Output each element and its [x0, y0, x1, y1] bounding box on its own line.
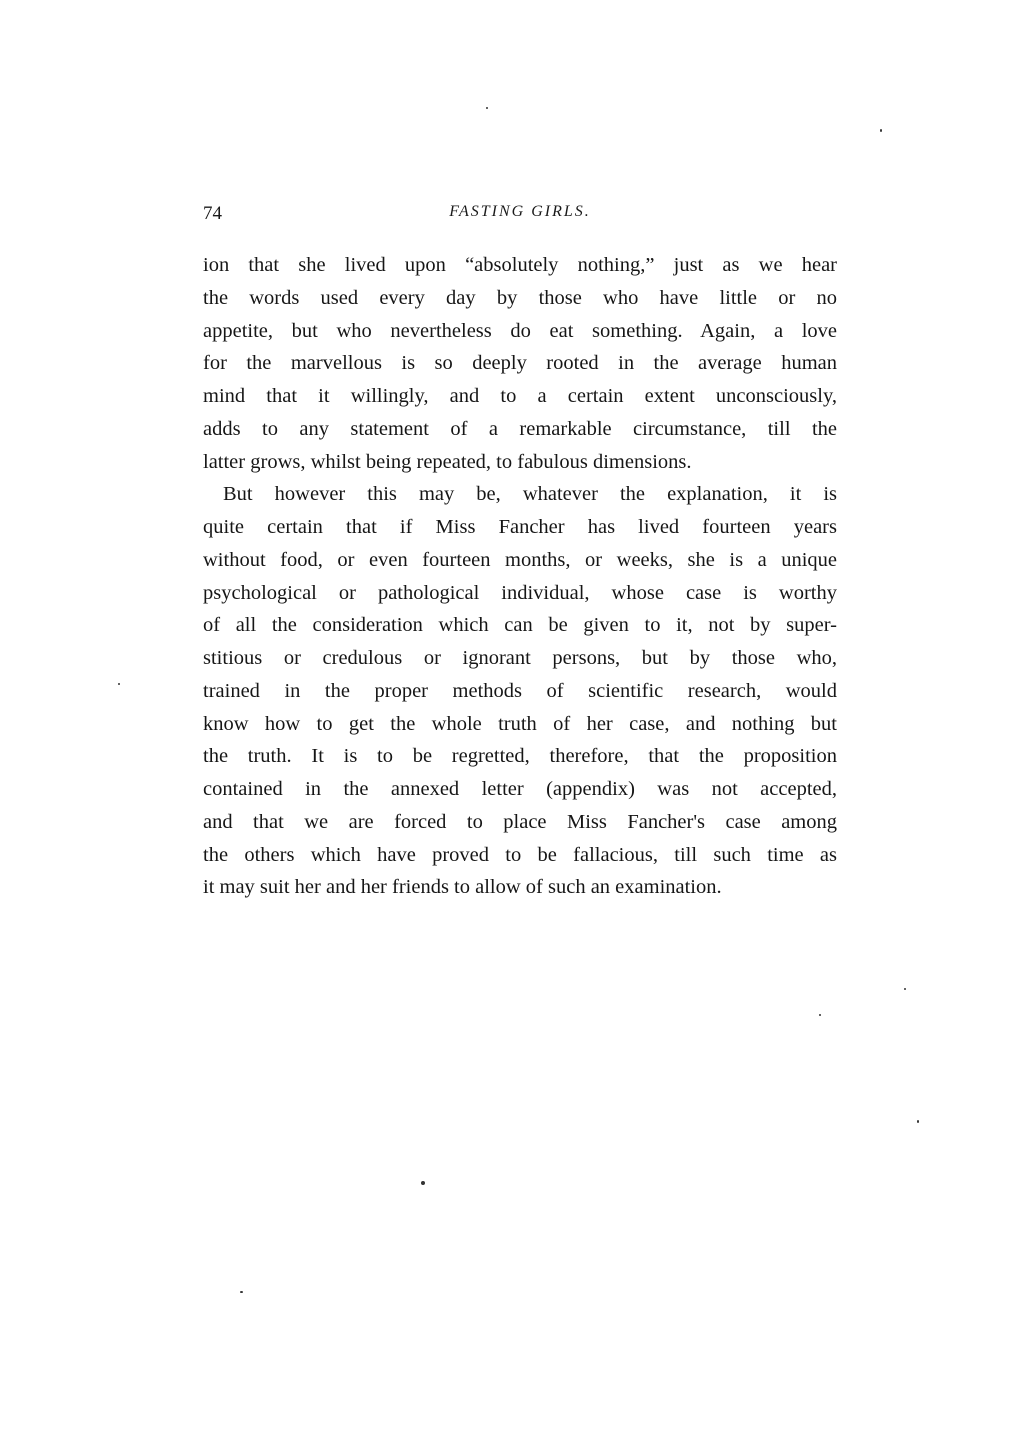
text-line: mind that it willingly, and to a certain… [203, 380, 837, 413]
scan-speck [118, 683, 120, 685]
scan-speck [917, 1120, 919, 1123]
text-line: quite certain that if Miss Fancher has l… [203, 511, 837, 544]
text-line: contained in the annexed letter (appendi… [203, 773, 837, 806]
text-line: the truth. It is to be regretted, theref… [203, 740, 837, 773]
text-line: psychological or pathological individual… [203, 577, 837, 610]
paragraph-2: But however this may be, whatever the ex… [203, 478, 837, 904]
text-line: for the marvellous is so deeply rooted i… [203, 347, 837, 380]
scan-speck [880, 129, 882, 132]
text-line: stitious or credulous or ignorant person… [203, 642, 837, 675]
text-line: the others which have proved to be falla… [203, 839, 837, 872]
text-line: appetite, but who nevertheless do eat so… [203, 315, 837, 348]
text-line: trained in the proper methods of scienti… [203, 675, 837, 708]
body-text: ion that she lived upon “absolutely noth… [203, 249, 837, 904]
text-line: without food, or even fourteen months, o… [203, 544, 837, 577]
text-line: latter grows, whilst being repeated, to … [203, 446, 837, 479]
scan-speck [421, 1181, 425, 1185]
scan-speck [486, 107, 488, 109]
text-line: it may suit her and her friends to allow… [203, 871, 837, 904]
book-page: 74 FASTING GIRLS. ion that she lived upo… [0, 0, 1025, 1429]
text-line: the words used every day by those who ha… [203, 282, 837, 315]
text-line: adds to any statement of a remarkable ci… [203, 413, 837, 446]
scan-speck [904, 988, 906, 990]
scan-speck [240, 1291, 243, 1293]
text-line: But however this may be, whatever the ex… [203, 478, 837, 511]
text-line: of all the consideration which can be gi… [203, 609, 837, 642]
text-line: ion that she lived upon “absolutely noth… [203, 249, 837, 282]
running-title: FASTING GIRLS. [203, 203, 837, 221]
text-line: know how to get the whole truth of her c… [203, 708, 837, 741]
page-header: 74 FASTING GIRLS. [203, 203, 837, 227]
paragraph-1: ion that she lived upon “absolutely noth… [203, 249, 837, 478]
scan-speck [819, 1014, 821, 1016]
text-line: and that we are forced to place Miss Fan… [203, 806, 837, 839]
